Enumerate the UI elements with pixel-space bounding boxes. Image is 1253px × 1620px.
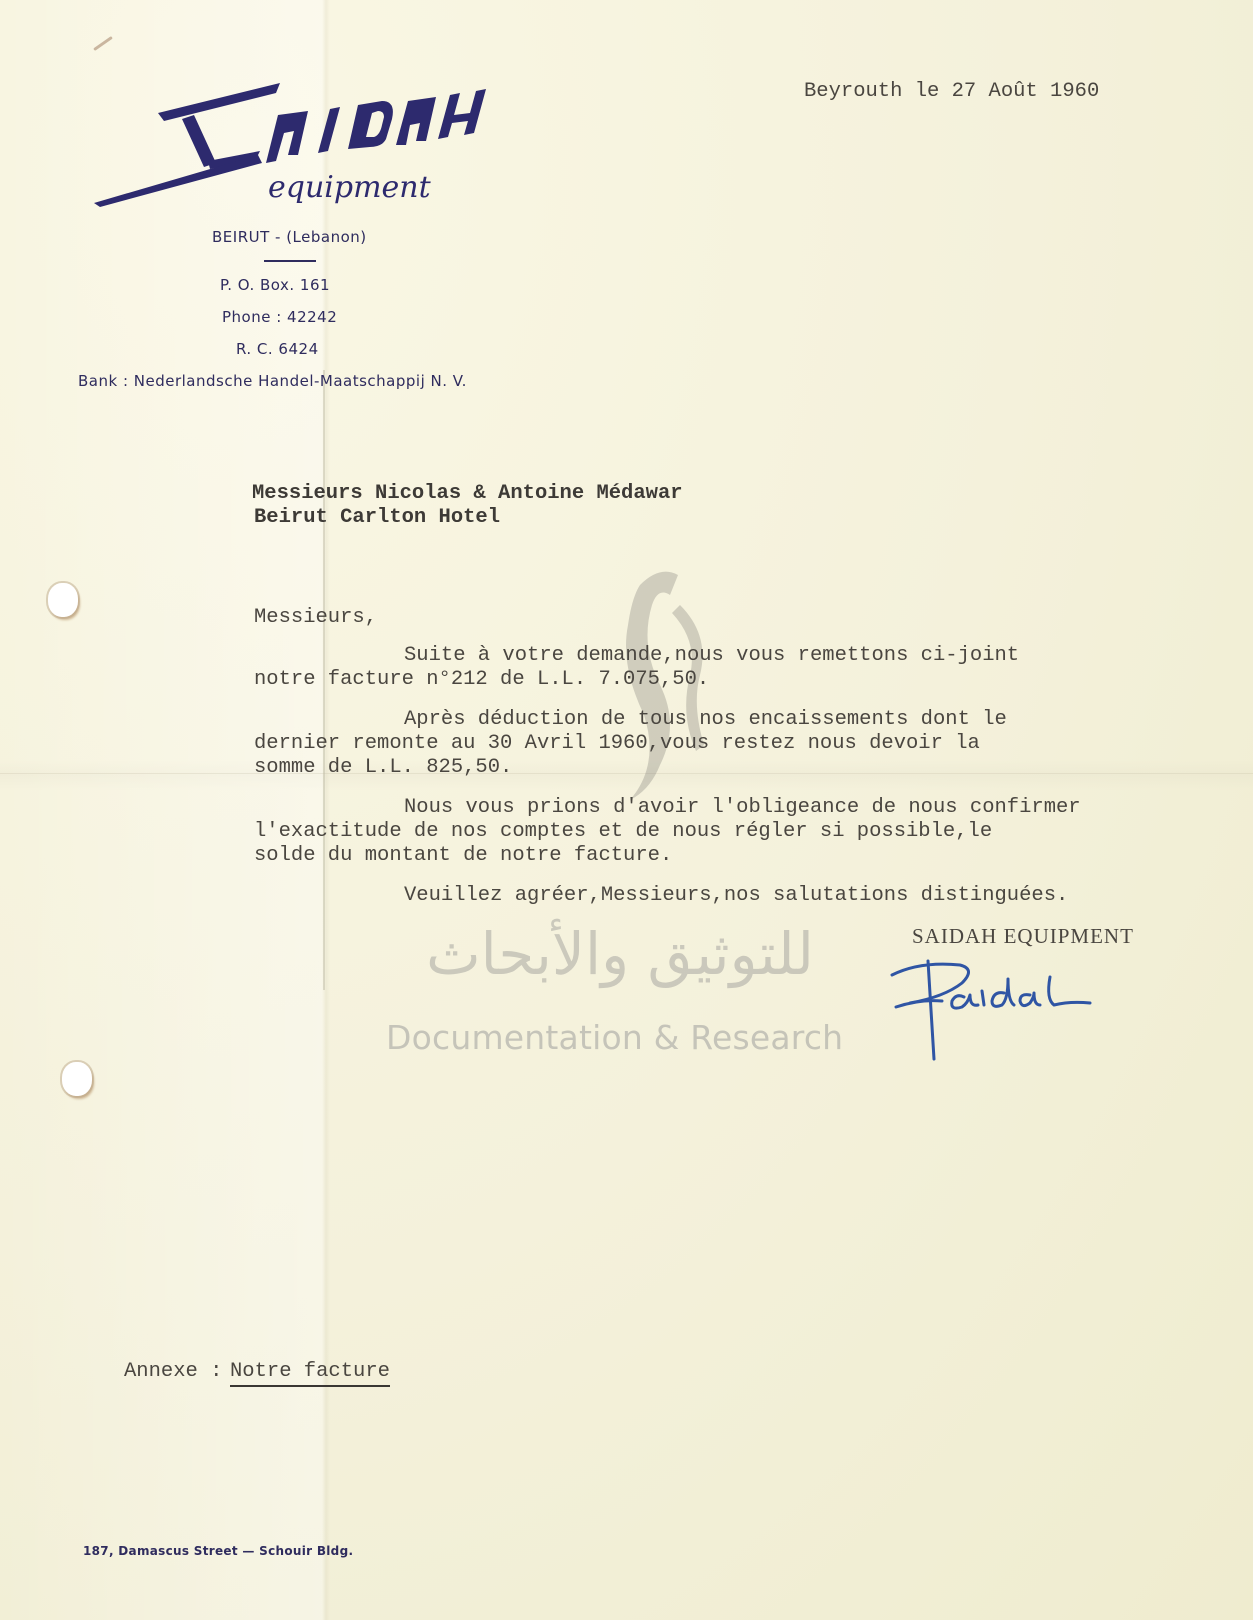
letterhead-phone: Phone : 42242 bbox=[222, 308, 337, 326]
letterhead-rc: R. C. 6424 bbox=[236, 340, 319, 358]
paragraph-3-line-1: Nous vous prions d'avoir l'obligeance de… bbox=[254, 796, 1081, 820]
letterhead-po-box: P. O. Box. 161 bbox=[220, 276, 330, 294]
closing-line: Veuillez agréer,Messieurs,nos salutation… bbox=[254, 884, 1068, 908]
paragraph-2-line-2: dernier remonte au 30 Avril 1960,vous re… bbox=[254, 732, 980, 756]
paragraph-3-line-2: l'exactitude de nos comptes et de nous r… bbox=[254, 820, 992, 844]
paragraph-1-line-1: Suite à votre demande,nous vous remetton… bbox=[254, 644, 1019, 668]
letterhead-city: BEIRUT - (Lebanon) bbox=[212, 228, 367, 246]
recipient-address: Beirut Carlton Hotel bbox=[254, 506, 500, 530]
annexe-value: Notre facture bbox=[230, 1360, 390, 1387]
watermark-english: Documentation & Research bbox=[386, 1018, 843, 1057]
equipment-script: equipment bbox=[268, 170, 432, 205]
paper-stain bbox=[93, 36, 113, 51]
recipient-name: Messieurs Nicolas & Antoine Médawar bbox=[252, 482, 683, 506]
paragraph-3-line-3: solde du montant de notre facture. bbox=[254, 844, 672, 868]
salutation: Messieurs, bbox=[254, 606, 377, 630]
annexe-label: Annexe : bbox=[124, 1360, 222, 1384]
footer-address: 187, Damascus Street — Schouir Bldg. bbox=[83, 1544, 353, 1558]
punch-hole-top bbox=[48, 583, 78, 617]
paragraph-2-line-1: Après déduction de tous nos encaissement… bbox=[254, 708, 1007, 732]
letterhead-bank: Bank : Nederlandsche Handel-Maatschappij… bbox=[78, 372, 467, 390]
saidah-logo: equipment bbox=[90, 75, 490, 215]
handwritten-signature bbox=[890, 955, 1120, 1070]
watermark-arabic: للتوثيق والأبحاث bbox=[390, 920, 850, 1010]
signature-company: SAIDAH EQUIPMENT bbox=[912, 924, 1134, 948]
date-line: Beyrouth le 27 Août 1960 bbox=[804, 80, 1099, 104]
punch-hole-bottom bbox=[62, 1062, 92, 1096]
paragraph-1-line-2: notre facture n°212 de L.L. 7.075,50. bbox=[254, 668, 709, 692]
paragraph-2-line-3: somme de L.L. 825,50. bbox=[254, 756, 512, 780]
letterhead-divider bbox=[264, 260, 316, 262]
